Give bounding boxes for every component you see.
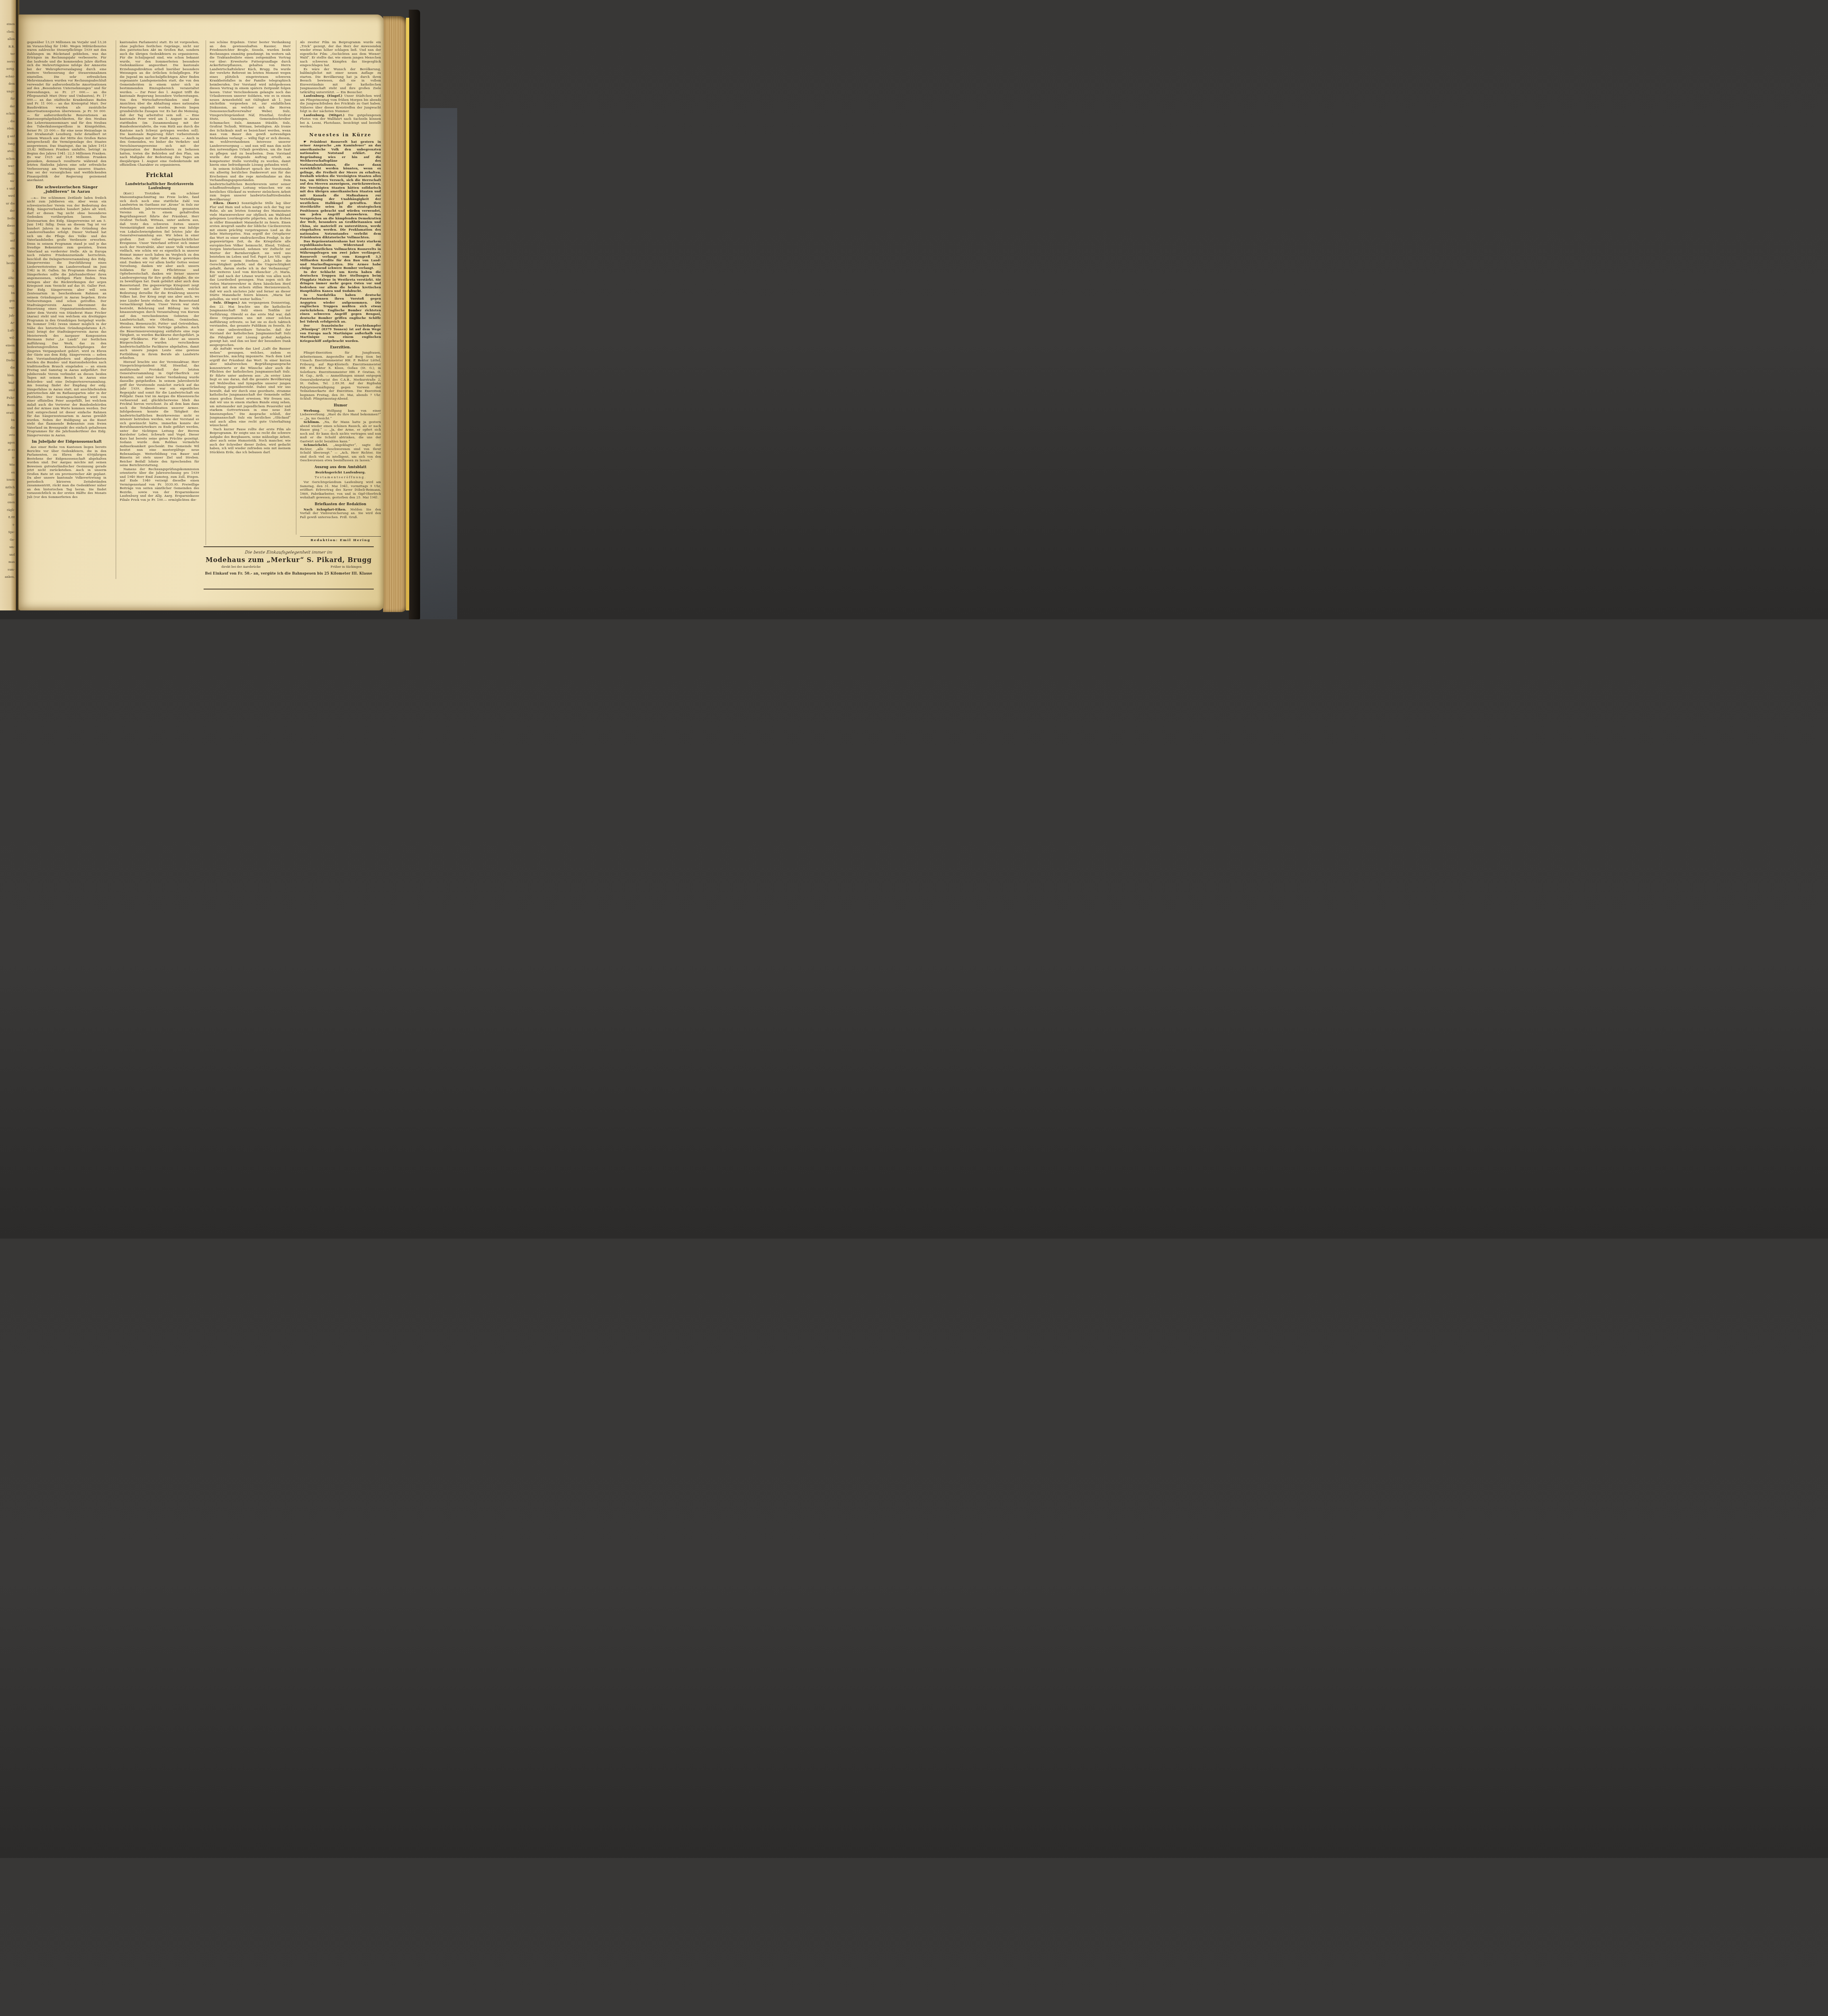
article-paragraph: kantonalen Parlaments) statt. Es ist vor… bbox=[120, 40, 199, 167]
paragraph-lead: Eiken. (Korr.) bbox=[213, 201, 242, 205]
prev-page-fragment: ur die bbox=[0, 202, 15, 205]
prev-page-fragment: der bbox=[0, 209, 15, 212]
prev-page-fragment: wer- bbox=[0, 165, 15, 168]
prev-page-fragment: einen bbox=[0, 23, 15, 26]
article-paragraph: —a— Die schlimmen Zeitläufe laden freili… bbox=[27, 196, 106, 437]
article-paragraph: Aus einer Reihe von Kantonen liegen bere… bbox=[27, 445, 106, 499]
article-paragraph: Als Auftakt wurde das Lied „Laßt die Ban… bbox=[210, 347, 291, 427]
article-paragraph: Pfingst-Exerzitien für Jungfrauen, Arbei… bbox=[300, 351, 381, 401]
ad-store-name: Modehaus zum „Merkur“ S. Pikard, Brugg bbox=[204, 556, 374, 564]
prev-page-fragment: illio- bbox=[0, 493, 15, 496]
prev-page-fragment: mtlich bbox=[0, 486, 15, 489]
prev-page-fragment: Im bbox=[0, 292, 15, 295]
previous-page-text-fragments: einenchen.allenR.R.terseresnstig.echni-d… bbox=[0, 23, 15, 579]
section-heading-amtsblatt: Auszug aus dem Amtsblatt bbox=[300, 465, 381, 469]
scan-background-panel bbox=[420, 108, 457, 619]
prev-page-fragment: echni- bbox=[0, 75, 15, 78]
redaktion-signature-block: Redaktion: Emil Hering bbox=[300, 536, 381, 542]
prev-page-fragment: t- bbox=[0, 523, 15, 527]
section-heading-fricktal: Fricktal bbox=[120, 172, 199, 179]
article-paragraph: Namens der Rechnungsprüfungskommission o… bbox=[120, 467, 199, 502]
prev-page-fragment: Waf- bbox=[0, 381, 15, 385]
news-item: In der Schlacht um Kreta haben die deuts… bbox=[300, 270, 381, 293]
humor-item: Werbung. Wolfgang kam von einer Liebeswe… bbox=[300, 409, 381, 421]
humor-item: Schlimm. „Na, Ihr Mann hatte ja gestern … bbox=[300, 420, 381, 443]
prev-page-fragment: Luft- bbox=[0, 329, 15, 332]
pointing-hand-icon: ☛ bbox=[304, 140, 310, 144]
prev-page-fragment: Spe- bbox=[0, 531, 15, 534]
column-divider bbox=[206, 40, 206, 545]
fore-edge-bright-pages bbox=[406, 18, 409, 610]
article-paragraph: gegenüber 13,29 Millionen im Vorjahr und… bbox=[27, 40, 106, 182]
prev-page-fragment: Wie bbox=[0, 463, 15, 467]
column-divider bbox=[116, 40, 116, 579]
prev-page-fragment: aten, bbox=[0, 150, 15, 153]
article-paragraph: Es wäre der Wunsch der Bevölkerung, bald… bbox=[300, 67, 381, 94]
newspaper-column-2: kantonalen Parlaments) statt. Es ist vor… bbox=[120, 40, 199, 579]
book-cover bbox=[409, 10, 420, 619]
prev-page-fragment: rägli- bbox=[0, 508, 15, 512]
prev-page-fragment: nstig. bbox=[0, 67, 15, 71]
prev-page-fragment: Fuhr- bbox=[0, 396, 15, 400]
newspaper-column-1: gegenüber 13,29 Millionen im Vorjahr und… bbox=[27, 40, 106, 579]
article-paragraph: Als zweiter Film im Beiprogramm wurde ei… bbox=[300, 40, 381, 67]
notice-heading: Testamentseröffnung. bbox=[300, 475, 381, 479]
previous-page-edge: einenchen.allenR.R.terseresnstig.echni-d… bbox=[0, 0, 16, 610]
article-paragraph: Nach kurzer Pause rollte der erste Film … bbox=[210, 427, 291, 454]
prev-page-fragment: wird bbox=[0, 194, 15, 198]
paragraph-lead: Schmeichelei. bbox=[304, 443, 333, 447]
prev-page-fragment: Im bbox=[0, 419, 15, 422]
prev-page-fragment: , die bbox=[0, 120, 15, 123]
prev-page-fragment: na- bbox=[0, 179, 15, 183]
prev-page-fragment: Ar- bbox=[0, 321, 15, 325]
article-paragraph: (Korr.) Trotzdem ein schöner Maisonntagn… bbox=[120, 192, 199, 360]
prev-page-fragment: Seife bbox=[0, 217, 15, 220]
ad-offer-text: Bei Einkauf von Fr. 50.- an, vergüte ich… bbox=[204, 571, 374, 575]
section-heading-briefkasten: Briefkasten der Redaktion bbox=[300, 502, 381, 506]
article-paragraph: In seinem Schlußwort sprach der Vorsitze… bbox=[210, 167, 291, 202]
newspaper-column-3: ses schöne Ergebnis. Unter bester Verdan… bbox=[210, 40, 291, 544]
paragraph-lead: Werbung. bbox=[304, 409, 327, 412]
prev-page-fragment: für bbox=[0, 97, 15, 100]
scanned-newspaper-screenshot: { "prev_page_fragments": ["einen","chen.… bbox=[0, 0, 457, 619]
prev-page-fragment: dem bbox=[0, 82, 15, 85]
prev-page-fragment: chen. bbox=[0, 30, 15, 33]
prev-page-fragment: g auf bbox=[0, 135, 15, 138]
prev-page-fragment: rden. bbox=[0, 127, 15, 130]
prev-page-fragment: Ge- bbox=[0, 538, 15, 541]
prev-page-fragment: ter bbox=[0, 52, 15, 56]
prev-page-fragment: st es bbox=[0, 448, 15, 452]
fore-edge-pages bbox=[383, 16, 407, 612]
prev-page-fragment: diese bbox=[0, 224, 15, 227]
article-heading: Landwirtschaftlicher Bezirksverein Laufe… bbox=[120, 182, 199, 190]
news-briefs-heading: Neuestes in Kürze bbox=[300, 132, 381, 137]
article-paragraph: Laufenburg. (Mitget.) Die gutgelungenen … bbox=[300, 113, 381, 129]
paragraph-lead: Laufenburg. (Mitget.) bbox=[304, 113, 348, 117]
prev-page-fragment: en bbox=[0, 471, 15, 474]
prev-page-fragment: R.R. bbox=[0, 45, 15, 48]
article-paragraph: Hierauf brachte uns der Vereinsaktuar, H… bbox=[120, 360, 199, 467]
prev-page-fragment: der bbox=[0, 105, 15, 108]
prev-page-fragment: ein bbox=[0, 247, 15, 250]
ad-history-note: Früher in Säckingen bbox=[331, 565, 362, 569]
article-paragraph: Sulz. (Einges.) Am vergangenen Donnersta… bbox=[210, 301, 291, 347]
paragraph-lead: Schlimm. bbox=[304, 420, 323, 424]
article-heading: Im Jubeljahr der Eidgenossenschaft bbox=[27, 439, 106, 444]
newspaper-column-4: Als zweiter Film im Beiprogramm wurde ei… bbox=[300, 40, 381, 534]
news-item: In Nordafrika haben deutsche Panzerkolon… bbox=[300, 293, 381, 324]
prev-page-fragment: onen bbox=[0, 501, 15, 504]
prev-page-fragment: die bbox=[0, 426, 15, 429]
article-heading: Die schweizerischen Sänger „jubilieren“ … bbox=[29, 185, 105, 194]
prev-page-fragment: ung. bbox=[0, 284, 15, 287]
article-paragraph: Laufenburg. (Eingef.) Unser Städtchen wi… bbox=[300, 94, 381, 113]
prev-page-fragment: Go- bbox=[0, 232, 15, 235]
redaktion-signature: Redaktion: Emil Hering bbox=[300, 538, 381, 542]
prev-page-fragment: schen bbox=[0, 157, 15, 160]
prev-page-fragment: seres bbox=[0, 60, 15, 63]
article-paragraph: Vor Gerichtspräsidium Laufenburg wird am… bbox=[300, 480, 381, 500]
prev-page-fragment: Diebe bbox=[0, 359, 15, 362]
prev-page-fragment: ovis bbox=[0, 433, 15, 437]
section-heading-exerzitien: Exerzitien. bbox=[300, 345, 381, 349]
prev-page-fragment: und bbox=[0, 553, 15, 556]
section-heading-humor: Humor bbox=[300, 403, 381, 407]
prev-page-fragment: gen bbox=[0, 299, 15, 302]
prev-page-fragment: um- bbox=[0, 546, 15, 549]
prev-page-fragment: sind bbox=[0, 389, 15, 392]
paragraph-lead: Sulz. (Einges.) bbox=[213, 301, 242, 304]
column-divider bbox=[296, 40, 296, 535]
prev-page-fragment: auf bbox=[0, 239, 15, 242]
prev-page-fragment: man bbox=[0, 560, 15, 564]
prev-page-fragment: ungs- bbox=[0, 90, 15, 93]
prev-page-fragment: Beim bbox=[0, 404, 15, 407]
prev-page-fragment: 8,88 bbox=[0, 516, 15, 519]
advertisement-modehaus-merkur: Die beste Einkaufsgelegenheit immer im M… bbox=[204, 546, 374, 589]
prev-page-fragment: gen, bbox=[0, 254, 15, 257]
ad-tagline: Die beste Einkaufsgelegenheit immer im bbox=[203, 550, 374, 555]
prev-page-fragment: wil- bbox=[0, 336, 15, 339]
ad-location-note: direkt bei der Aarebrücke bbox=[221, 565, 260, 569]
prev-page-fragment: ver- bbox=[0, 306, 15, 310]
prev-page-fragment: sher, bbox=[0, 172, 15, 175]
prev-page-fragment: ionen bbox=[0, 478, 15, 481]
paragraph-lead: Laufenburg. (Eingef.) bbox=[304, 94, 344, 98]
article-paragraph: Nach Schupfart-Eiken. Melden Sie den Vor… bbox=[300, 508, 381, 519]
prev-page-fragment: anken, bbox=[0, 575, 15, 579]
news-item: ☛ Präsident Roosevelt hat gestern in sei… bbox=[300, 140, 381, 240]
prev-page-fragment: heute bbox=[0, 262, 15, 265]
prev-page-fragment: schon bbox=[0, 112, 15, 115]
news-item: Der französische Frachtdampfer „Winnipeg… bbox=[300, 324, 381, 343]
prev-page-fragment: einem bbox=[0, 344, 15, 347]
prev-page-fragment: o- bbox=[0, 456, 15, 459]
prev-page-fragment: agen bbox=[0, 441, 15, 444]
prev-page-fragment: die bbox=[0, 366, 15, 369]
prev-page-fragment: s und bbox=[0, 187, 15, 190]
prev-page-fragment: ölfe- bbox=[0, 277, 15, 280]
humor-item: Schmeichelei. „Angeklagter“, sagte der R… bbox=[300, 443, 381, 462]
article-paragraph: Eiken. (Korr.) Sonntägliche Stille lag ü… bbox=[210, 201, 291, 301]
prev-page-fragment: 3. bbox=[0, 269, 15, 273]
prev-page-fragment: sum- bbox=[0, 568, 15, 571]
prev-page-fragment: tung bbox=[0, 142, 15, 146]
paragraph-lead: Nach Schupfart-Eiken. bbox=[304, 508, 350, 511]
article-paragraph: ses schöne Ergebnis. Unter bester Verdan… bbox=[210, 40, 291, 167]
prev-page-fragment: orast. bbox=[0, 411, 15, 414]
prev-page-fragment: hlen. bbox=[0, 374, 15, 377]
prev-page-fragment: Jah- bbox=[0, 314, 15, 317]
news-item: Das Repräsentantenhaus hat trotz starkem… bbox=[300, 240, 381, 270]
prev-page-fragment: allen bbox=[0, 37, 15, 41]
court-heading: Bezirksgericht Laufenburg. bbox=[300, 471, 381, 474]
prev-page-fragment: zwei bbox=[0, 351, 15, 354]
